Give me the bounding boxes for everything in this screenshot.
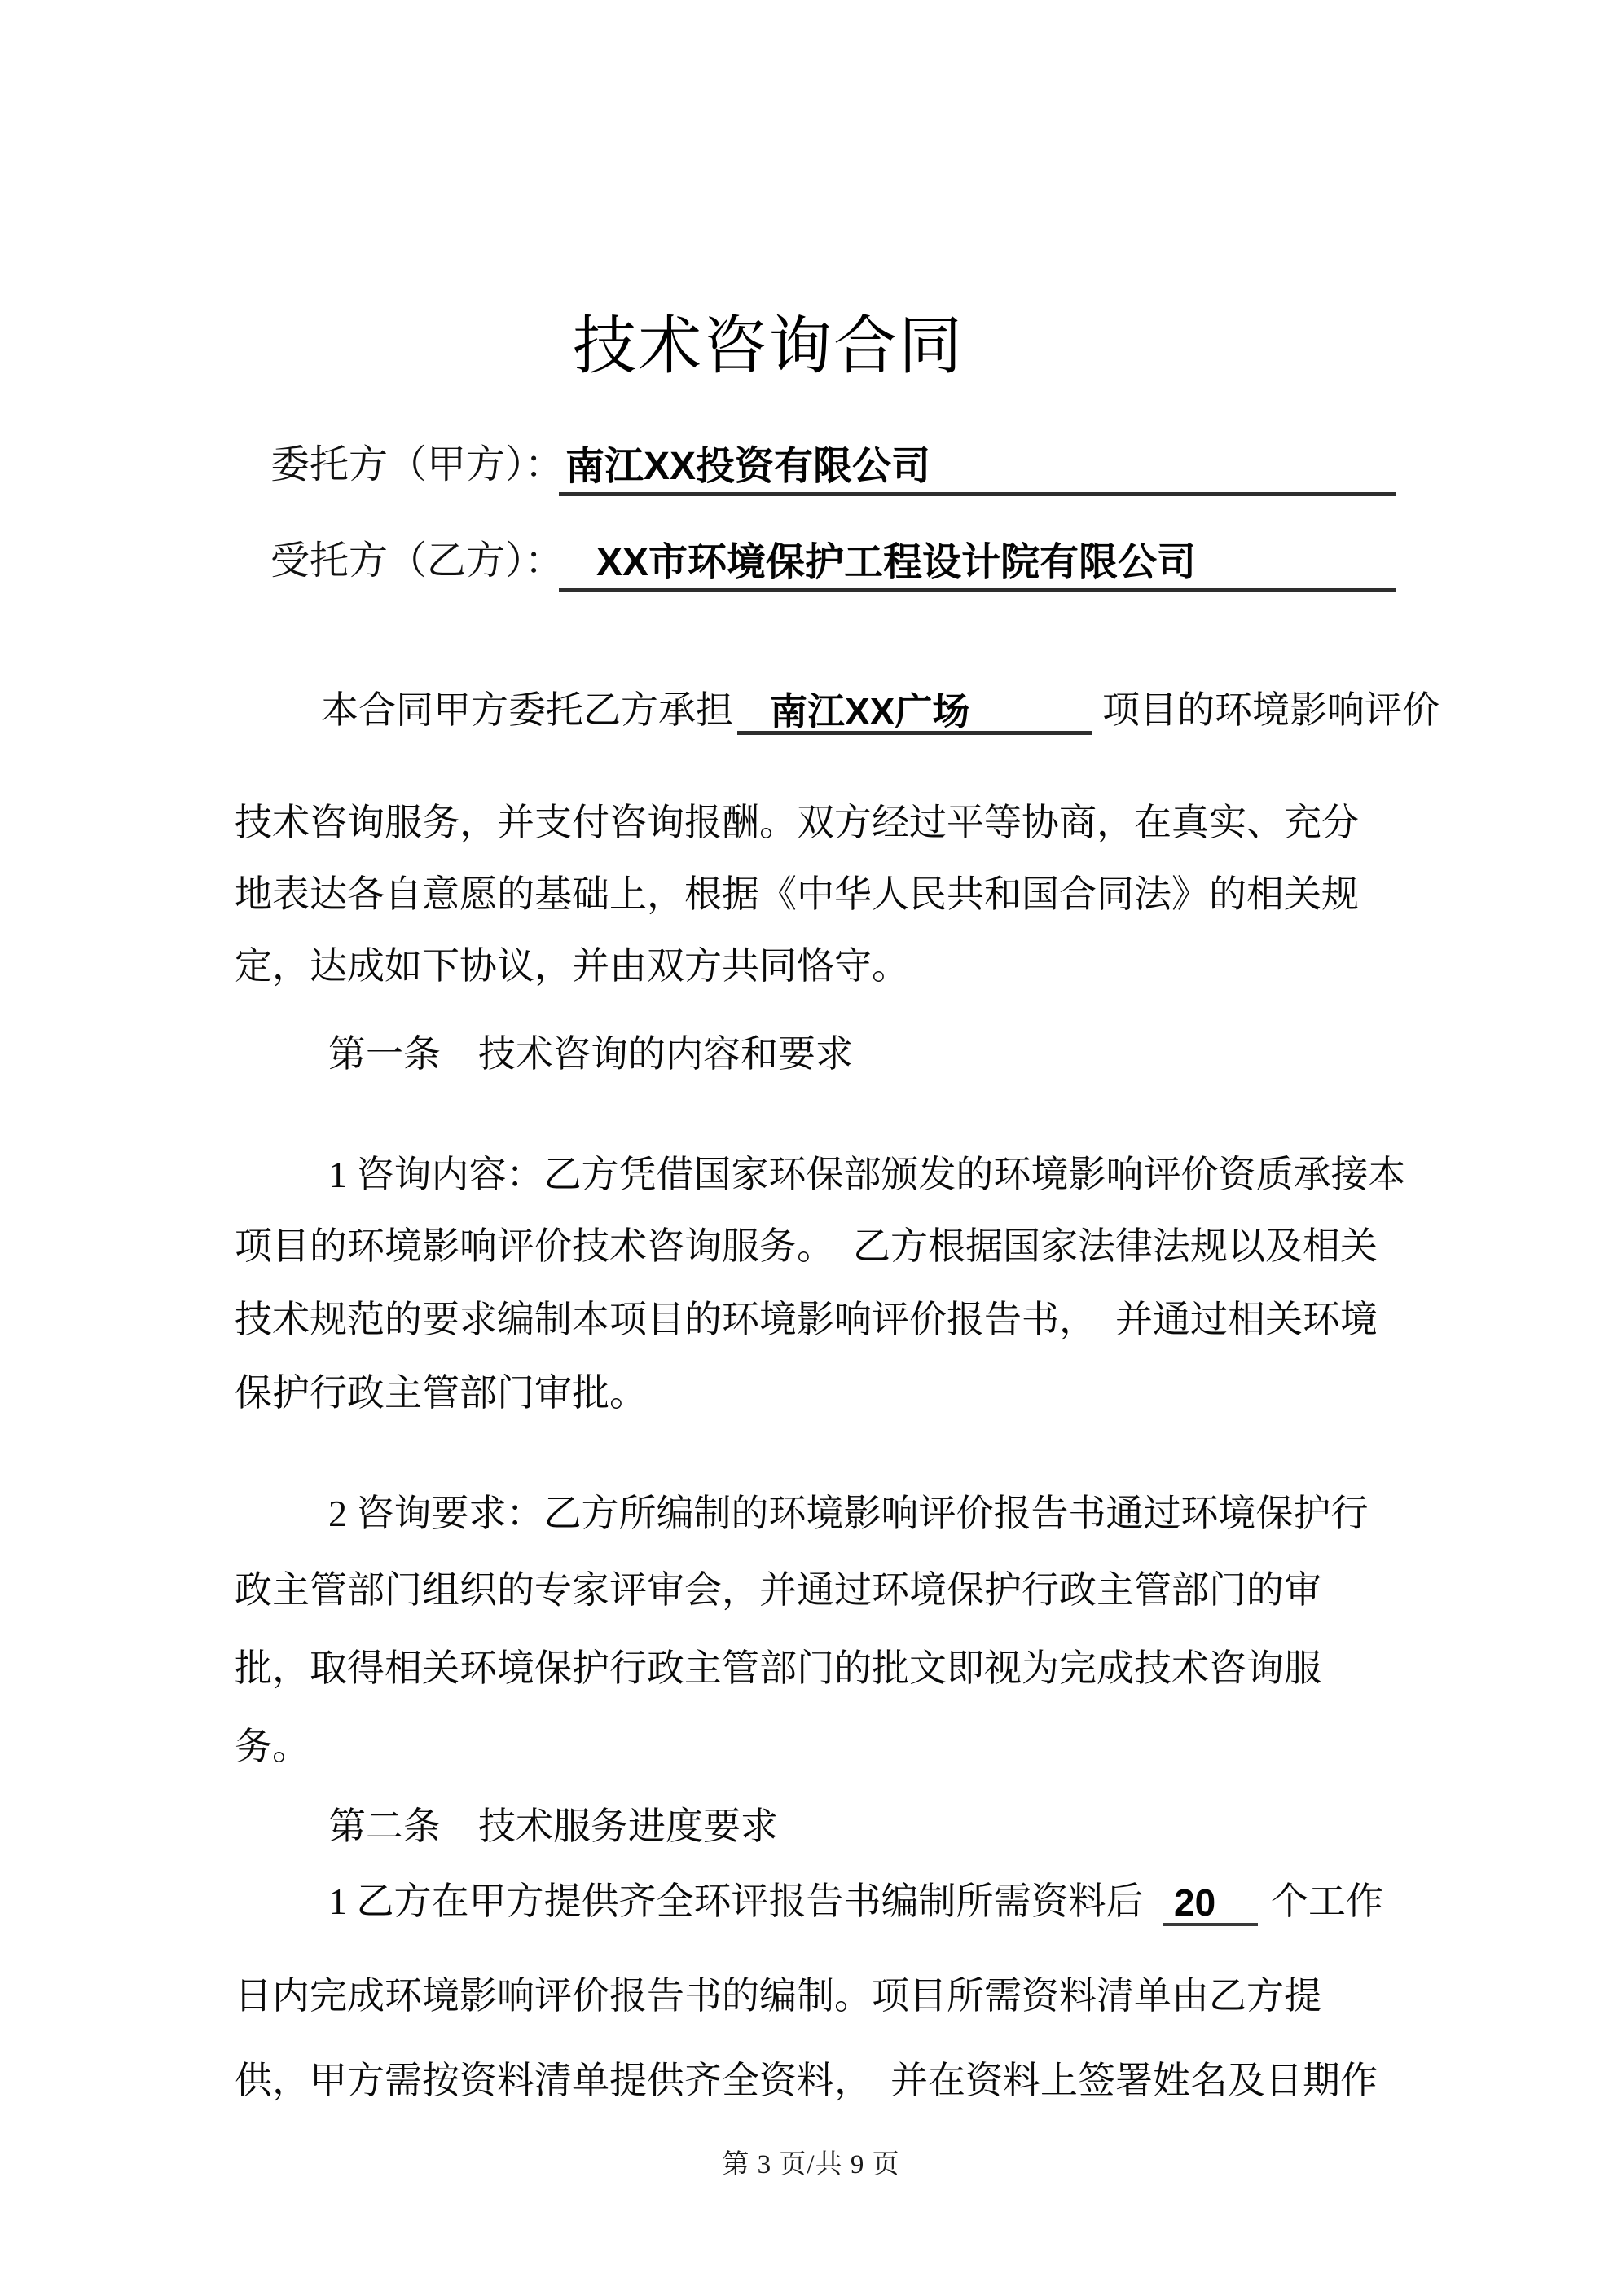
party-b-blank-underline: XX市环境保护工程设计院有限公司 <box>559 541 1396 592</box>
article2-heading: 第二条 技术服务进度要求 <box>328 1806 778 1848</box>
article1-item1-line2: 项目的环境影响评价技术咨询服务。 乙方根据国家法律法规以及相关 <box>235 1225 1378 1268</box>
article2-item1-line3: 供，甲方需按资料清单提供齐全资料， 并在资料上签署姓名及日期作 <box>235 2060 1378 2102</box>
intro-line2: 技术咨询服务，并支付咨询报酬。双方经过平等协商，在真实、充分 <box>235 802 1359 844</box>
article2-item1-line1-pre: 1 乙方在甲方提供齐全环评报告书编制所需资料后 <box>328 1880 1144 1923</box>
contract-title: 技术咨询合同 <box>573 295 964 386</box>
contract-page: 技术咨询合同 委托方（甲方）： 南江XX投资有限公司 受托方（乙方）： XX市环… <box>0 0 1622 2296</box>
party-a-blank-underline: 南江XX投资有限公司 <box>559 445 1396 496</box>
working-days-blank: 20 <box>1163 1882 1258 1926</box>
article1-heading: 第一条 技术咨询的内容和要求 <box>328 1033 853 1075</box>
page-footer: 第 3 页/共 9 页 <box>0 2143 1622 2181</box>
article1-item2-line1: 2 咨询要求：乙方所编制的环境影响评价报告书通过环境保护行 <box>328 1493 1369 1535</box>
party-a-label: 委托方（甲方）： <box>270 443 564 487</box>
party-b-label: 受托方（乙方）： <box>270 539 564 583</box>
intro-line1-post: 项目的环境影响评价 <box>1102 689 1440 732</box>
article2-item1-line2: 日内完成环境影响评价报告书的编制。项目所需资料清单由乙方提 <box>235 1975 1321 2017</box>
intro-line3: 地表达各自意愿的基础上，根据《中华人民共和国合同法》的相关规 <box>235 873 1359 916</box>
article1-item1-line4: 保护行政主管部门审批。 <box>235 1372 647 1414</box>
project-name-value: 南江XX广场 <box>737 691 969 733</box>
article1-item2-line4: 务。 <box>235 1726 310 1768</box>
intro-line4: 定，达成如下协议，并由双方共同恪守。 <box>235 945 909 987</box>
intro-line1-pre: 本合同甲方委托乙方承担 <box>321 689 733 732</box>
working-days-value: 20 <box>1163 1882 1215 1924</box>
article2-item1-line1-post: 个工作 <box>1271 1880 1383 1923</box>
project-name-blank: 南江XX广场 <box>737 691 1092 735</box>
article1-item2-line3: 批，取得相关环境保护行政主管部门的批文即视为完成技术咨询服 <box>235 1647 1321 1690</box>
article1-item1-line1: 1 咨询内容：乙方凭借国家环保部颁发的环境影响评价资质承接本 <box>328 1154 1406 1196</box>
party-a-value: 南江XX投资有限公司 <box>559 445 930 489</box>
article1-item1-line3: 技术规范的要求编制本项目的环境影响评价报告书， 并通过相关环境 <box>235 1299 1378 1341</box>
party-b-value: XX市环境保护工程设计院有限公司 <box>559 541 1196 585</box>
article1-item2-line2: 政主管部门组织的专家评审会，并通过环境保护行政主管部门的审 <box>235 1569 1321 1612</box>
